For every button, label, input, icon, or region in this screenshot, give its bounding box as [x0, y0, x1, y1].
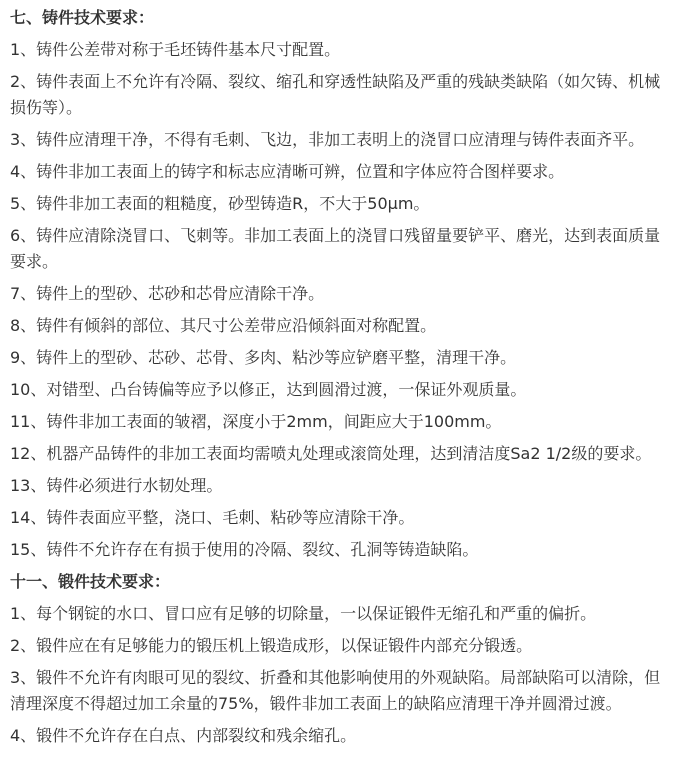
- requirement-item: 4、锻件不允许存在白点、内部裂纹和残余缩孔。: [10, 723, 669, 749]
- requirement-item: 1、铸件公差带对称于毛坯铸件基本尺寸配置。: [10, 37, 669, 63]
- requirement-item: 3、铸件应清理干净，不得有毛刺、飞边，非加工表明上的浇冒口应清理与铸件表面齐平。: [10, 127, 669, 153]
- section-casting-requirements: 七、铸件技术要求： 1、铸件公差带对称于毛坯铸件基本尺寸配置。 2、铸件表面上不…: [10, 5, 669, 563]
- section-heading-forging: 十一、锻件技术要求：: [10, 569, 669, 595]
- requirement-item: 11、铸件非加工表面的皱褶，深度小于2mm，间距应大于100mm。: [10, 409, 669, 435]
- requirement-item: 2、锻件应在有足够能力的锻压机上锻造成形，以保证锻件内部充分锻透。: [10, 633, 669, 659]
- requirement-item: 6、铸件应清除浇冒口、飞刺等。非加工表面上的浇冒口残留量要铲平、磨光，达到表面质…: [10, 223, 669, 275]
- requirement-item: 4、铸件非加工表面上的铸字和标志应清晰可辨，位置和字体应符合图样要求。: [10, 159, 669, 185]
- document-body: 七、铸件技术要求： 1、铸件公差带对称于毛坯铸件基本尺寸配置。 2、铸件表面上不…: [0, 0, 679, 763]
- requirement-item: 5、铸件非加工表面的粗糙度，砂型铸造R，不大于50μm。: [10, 191, 669, 217]
- section-heading-casting: 七、铸件技术要求：: [10, 5, 669, 31]
- requirement-item: 1、每个钢锭的水口、冒口应有足够的切除量，一以保证锻件无缩孔和严重的偏折。: [10, 601, 669, 627]
- requirement-item: 10、对错型、凸台铸偏等应予以修正，达到圆滑过渡，一保证外观质量。: [10, 377, 669, 403]
- requirement-item: 8、铸件有倾斜的部位、其尺寸公差带应沿倾斜面对称配置。: [10, 313, 669, 339]
- requirement-item: 15、铸件不允许存在有损于使用的冷隔、裂纹、孔洞等铸造缺陷。: [10, 537, 669, 563]
- requirement-item: 14、铸件表面应平整，浇口、毛刺、粘砂等应清除干净。: [10, 505, 669, 531]
- requirement-item: 9、铸件上的型砂、芯砂、芯骨、多肉、粘沙等应铲磨平整，清理干净。: [10, 345, 669, 371]
- requirement-item: 13、铸件必须进行水韧处理。: [10, 473, 669, 499]
- requirement-item: 3、锻件不允许有肉眼可见的裂纹、折叠和其他影响使用的外观缺陷。局部缺陷可以清除，…: [10, 665, 669, 717]
- section-forging-requirements: 十一、锻件技术要求： 1、每个钢锭的水口、冒口应有足够的切除量，一以保证锻件无缩…: [10, 569, 669, 749]
- requirement-item: 7、铸件上的型砂、芯砂和芯骨应清除干净。: [10, 281, 669, 307]
- requirement-item: 12、机器产品铸件的非加工表面均需喷丸处理或滚筒处理，达到清洁度Sa2 1/2级…: [10, 441, 669, 467]
- requirement-item: 2、铸件表面上不允许有冷隔、裂纹、缩孔和穿透性缺陷及严重的残缺类缺陷（如欠铸、机…: [10, 69, 669, 121]
